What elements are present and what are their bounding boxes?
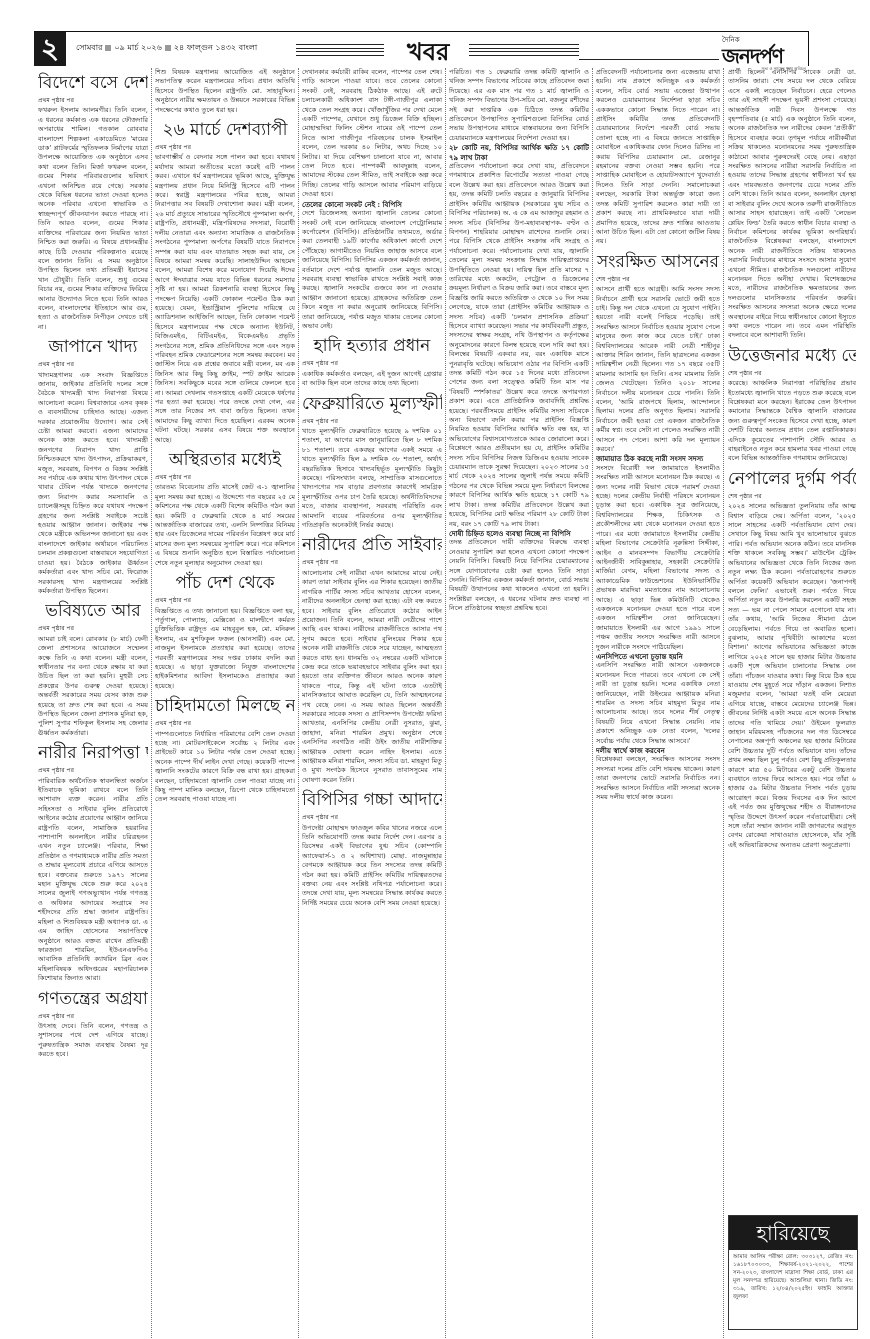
notice-body: আমার আলিম পরীক্ষা রোল: ৩০৩১২৭, রেজিঃ নং:… — [729, 1250, 857, 1304]
article-body: প্রতিবেদনটি পর্যালোচনার জন্য এজেন্ডায় র… — [596, 68, 720, 247]
headline: পাঁচ দেশ থেকে — [155, 572, 295, 594]
headline: নেপালের দুর্গম পর্বতে — [728, 468, 856, 490]
article-body: আসনে প্রার্থী হতে আগ্রহী। আমি সংসদ সদস্য… — [596, 285, 720, 454]
newspaper-page: ২ সোমবার০৯ মার্চ ২০২৬২৪ ফাল্গুন ১৪৩২ বাং… — [34, 31, 808, 1339]
article-body: দেখানকার কর্মচারী রাকিব বলেন, পাম্পের তে… — [302, 68, 442, 200]
continuation-label: প্রথম পৃষ্ঠার পর — [155, 596, 295, 605]
continuation-label: প্রথম পৃষ্ঠার পর — [155, 143, 295, 152]
article-body: শিশু বিষয়ক মন্ত্রণালয় আয়োজিত এই অনুষ্… — [155, 68, 295, 115]
notice-title: হারিয়েছে — [729, 1216, 857, 1250]
article-body: তদন্ত প্রতিবেদনে দায়ী ব্যক্তিদের বিরুদ্… — [449, 538, 589, 613]
separator-square-icon — [165, 45, 171, 51]
headline: চাহিদামতো মিলছে না — [155, 695, 295, 717]
continuation-label: প্রথম পৃষ্ঠার পর — [38, 766, 148, 775]
continuation-label: শেষ পৃষ্ঠার পর — [728, 492, 856, 501]
article-body: ফখরুল ইসলাম আলমগীর। তিনি বলেন, এ ধরনের ক… — [38, 106, 148, 332]
masthead: ২ সোমবার০৯ মার্চ ২০২৬২৪ ফাল্গুন ১৪৩২ বাং… — [34, 31, 809, 66]
article-body: উপদেষ্টা মোহাম্মদ ফাওজুল কবির খানের নজরে… — [302, 824, 442, 909]
column-3: দেখানকার কর্মচারী রাকিব বলেন, পাম্পের তে… — [302, 68, 442, 1338]
page-number: ২ — [34, 32, 66, 66]
article-body: পাম্পগুলোতে নির্ধারিত পরিমাণের বেশি তেল … — [155, 730, 295, 805]
headline: বিদেশে বসে দেশকে — [38, 72, 148, 94]
separator-square-icon — [105, 45, 111, 51]
continuation-label: প্রথম পৃষ্ঠার পর — [155, 473, 295, 482]
article-body: পারিবারিক অর্থনৈতিক স্বাবলম্বিতা অর্জনে … — [38, 777, 148, 984]
article-body: খাদ্যমন্ত্রণালয় এক সংবাদ বিজ্ঞপ্তিতে জা… — [38, 371, 148, 597]
column-4: পরিচিত। গত ১ ফেব্রুয়ারি তদন্ত কমিটি জ্ব… — [449, 68, 589, 1338]
date-bangla: ২৪ ফাল্গুন ১৪৩২ বাংলা — [174, 43, 257, 52]
subheading: এনসিপিতে এখনো চূড়ান্ত হয়নি — [596, 652, 720, 661]
article-body: করেছে। আঞ্চলিক নিরাপত্তা পরিস্থিতির প্রভ… — [728, 379, 856, 464]
continuation-label: প্রথম পৃষ্ঠার পর — [302, 558, 442, 567]
date-gregorian: ০৯ মার্চ ২০২৬ — [114, 43, 161, 52]
column-divider — [151, 68, 152, 1338]
lost-notice-box: হারিয়েছে আমার আলিম পরীক্ষা রোল: ৩০৩১২৭,… — [728, 1215, 858, 1330]
subheading: তেলের কোনো সংকট নেই : বিপিসি — [302, 200, 442, 209]
article-body: দেশে ডিজেলসহ অন্যান্য জ্বালানি তেলের কোন… — [302, 209, 442, 331]
column-divider — [445, 68, 446, 1338]
decorative-rules — [296, 44, 384, 56]
continuation-label: প্রথম পৃষ্ঠার পর — [302, 813, 442, 822]
subheading: জামায়াত ঠিক করছে নারী সংসদ সদস্য — [596, 454, 720, 463]
article-body: সংসদে বিরোধী দল জামায়াতে ইসলামীও সংরক্ষ… — [596, 464, 720, 652]
article-body: প্রতিবেদন পর্যালোচনা করে দেখা যায়, প্রত… — [449, 162, 589, 529]
column-6: প্রার্থী ছিলেন এনসিপির সাবেক নেত্রী ডা. … — [728, 68, 856, 1208]
headline: বিপিসির গচ্চা আদায়ে — [302, 789, 442, 811]
subheading: দোষী চিহ্নিত হলেও ব্যবস্থা নিচ্ছে না বিপ… — [449, 529, 589, 538]
headline: নারীদের প্রতি সাইবার — [302, 534, 442, 556]
article-body: ভাবগাম্ভীর্য ও বেদনার সঙ্গে পালন করা হবে… — [155, 153, 295, 445]
column-divider — [723, 68, 724, 1338]
article-body: আমরা চাই বলে। রোবকার (৮ মার্চ) ফেনী জেলা… — [38, 635, 148, 738]
continuation-label: প্রথম পৃষ্ঠার পর — [38, 96, 148, 105]
column-divider — [298, 68, 299, 1338]
headline: উত্তেজনার মধ্যে তেল — [728, 345, 856, 367]
continuation-label: প্রথম পৃষ্ঠার পর — [38, 1012, 148, 1021]
headline: সংরক্ষিত আসনের — [596, 251, 720, 273]
logo-name: জনদর্পণ — [722, 46, 806, 66]
article-body: তারতম্য বিবেচনায় প্রতি মাসেই জেট এ-১ জ্… — [155, 483, 295, 568]
article-body: এনসিপি সংরক্ষিত নারী আসনে একজনকে মনোনয়ন… — [596, 661, 720, 746]
continuation-label: শেষ পৃষ্ঠার পর — [728, 369, 856, 378]
article-body: খাতে মূল্যস্ফীতি ফেব্রুয়ারিতে হয়েছে ৯ … — [302, 427, 442, 530]
column-1: বিদেশে বসে দেশকে প্রথম পৃষ্ঠার পর ফখরুল … — [38, 68, 148, 1338]
day: সোমবার — [76, 43, 102, 52]
article-body: আলোচনায় সেই নারীরা এখন আমাদের মাঝে নেই।… — [302, 569, 442, 785]
column-2: শিশু বিষয়ক মন্ত্রণালয় আয়োজিত এই অনুষ্… — [155, 68, 295, 1338]
continuation-label: শেষ পৃষ্ঠার পর — [596, 275, 720, 284]
subheading: দলীয় স্বার্থে কাজ করবেন — [596, 746, 720, 755]
headline: নারীর নিরাপত্তা ছাড়া — [38, 742, 148, 764]
headline: অস্থিরতার মধ্যেই — [155, 449, 295, 471]
continuation-label: প্রথম পৃষ্ঠার পর — [302, 359, 442, 368]
article-body: একাধিক কর্মকর্তাও বলছেন, এই দুজন আগেই গ্… — [302, 370, 442, 389]
headline: গণতন্ত্রের অগ্রযাত্রায় — [38, 988, 148, 1010]
subheading: ২৮ কোটি নয়, বিপিসির আর্থিক ক্ষতি ১৭ কোট… — [449, 143, 589, 162]
continuation-label: প্রথম পৃষ্ঠার পর — [38, 360, 148, 369]
article-body: বিজ্ঞপ্তিতে এ তথ্য জানানো হয়। বিজ্ঞপ্তি… — [155, 607, 295, 692]
headline: ২৬ মার্চে দেশব্যাপী — [155, 119, 295, 141]
article-body: পরিচিত। গত ১ ফেব্রুয়ারি তদন্ত কমিটি জ্ব… — [449, 68, 589, 143]
dateline: সোমবার০৯ মার্চ ২০২৬২৪ ফাল্গুন ১৪৩২ বাংলা — [76, 42, 257, 55]
column-divider — [592, 68, 593, 1338]
headline: ফেব্রুয়ারিতে মূল্যস্ফীতি — [302, 393, 442, 415]
headline: জাপানে খাদ্য — [38, 336, 148, 358]
headline: হাদি হত্যার প্রধান — [302, 335, 442, 357]
continuation-label: প্রথম পৃষ্ঠার পর — [155, 719, 295, 728]
decorative-rules — [469, 44, 579, 56]
article-body: প্রার্থী ছিলেন এনসিপির সাবেক নেত্রী ডা. … — [728, 68, 856, 341]
article-body: উৎসাহ দেবে। তিনি বলেন, গণতন্ত্র ও সুশাসন… — [38, 1022, 148, 1060]
article-body: বিশ্লেষকরা বলছেন, সংরক্ষিত আসনের সংসদ সদ… — [596, 755, 720, 802]
headline: ভবিষ্যতে আর — [38, 600, 148, 622]
underline-rule — [579, 59, 719, 60]
column-5: প্রতিবেদনটি পর্যালোচনার জন্য এজেন্ডায় র… — [596, 68, 720, 1338]
continuation-label: প্রথম পৃষ্ঠার পর — [302, 417, 442, 426]
article-body: ২০২৪ সালের অভিজ্ঞতা তুলনিয়ায় তাঁর আত্ম… — [728, 502, 856, 850]
continuation-label: প্রথম পৃষ্ঠার পর — [38, 624, 148, 633]
